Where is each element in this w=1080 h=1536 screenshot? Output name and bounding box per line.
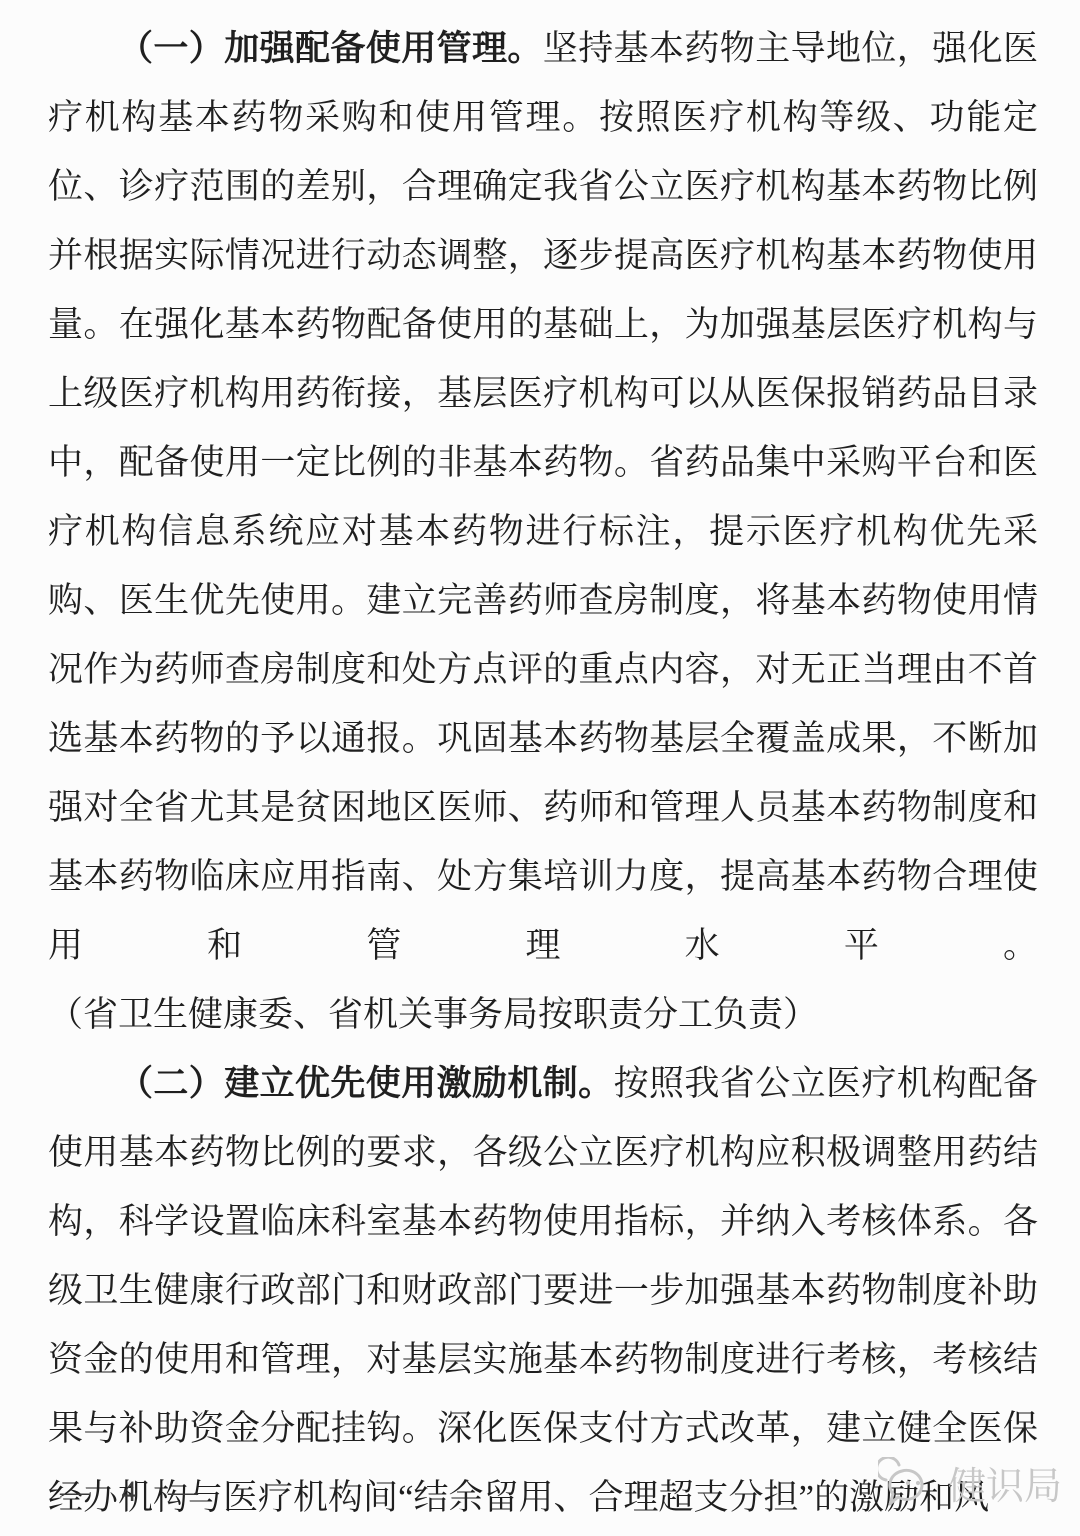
chat-bubbles-logo-icon bbox=[878, 1457, 940, 1516]
document-page: （一）加强配备使用管理。坚持基本药物主导地位，强化医疗机构基本药物采购和使用管理… bbox=[0, 0, 1080, 1536]
document-body: （一）加强配备使用管理。坚持基本药物主导地位，强化医疗机构基本药物采购和使用管理… bbox=[48, 14, 1038, 1532]
paragraph-1-attribution: （省卫生健康委、省机关事务局按职责分工负责） bbox=[48, 995, 818, 1034]
paragraph-2-body: 按照我省公立医疗机构配备使用基本药物比例的要求，各级公立医疗机构应积极调整用药结… bbox=[48, 1064, 1038, 1517]
paragraph-1-body: 坚持基本药物主导地位，强化医疗机构基本药物采购和使用管理。按照医疗机构等级、功能… bbox=[48, 29, 1038, 965]
watermark-text: 健识局 bbox=[948, 1468, 1062, 1506]
paragraph-1: （一）加强配备使用管理。坚持基本药物主导地位，强化医疗机构基本药物采购和使用管理… bbox=[48, 14, 1038, 1049]
paragraph-2-heading: （二）建立优先使用激励机制。 bbox=[118, 1064, 614, 1103]
page-number: — 4 — bbox=[60, 1474, 202, 1510]
paragraph-1-heading: （一）加强配备使用管理。 bbox=[118, 29, 543, 68]
watermark: 健识局 bbox=[878, 1457, 1062, 1516]
